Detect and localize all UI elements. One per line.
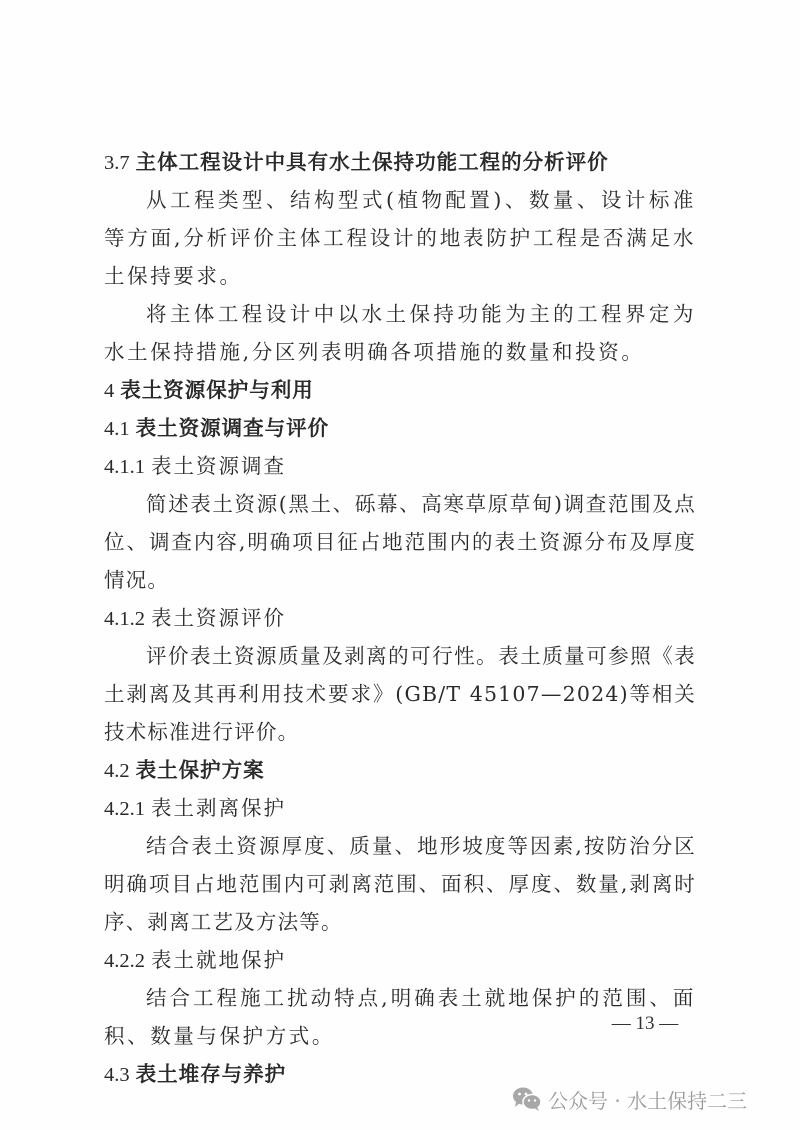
- paragraph-line: 项目占地范围内可剥离范围、面积、厚度、数量,剥离时序、剥离工: [104, 872, 696, 934]
- section-heading-4-1: 4.1表土资源调查与评价: [104, 409, 696, 447]
- section-heading-4: 4表土资源保护与利用: [104, 371, 696, 409]
- section-number: 4.2: [104, 760, 130, 782]
- section-heading-4-2: 4.2表土保护方案: [104, 751, 696, 789]
- section-heading-4-1-1: 4.1.1表土资源调查: [104, 447, 696, 485]
- section-title: 表土资源调查: [151, 454, 286, 478]
- section-title: 表土资源保护与利用: [120, 378, 314, 402]
- section-title: 表土资源调查与评价: [136, 416, 330, 440]
- section-heading-4-1-2: 4.1.2表土资源评价: [104, 599, 696, 637]
- wechat-icon: [512, 1086, 542, 1112]
- section-title: 主体工程设计中具有水土保持功能工程的分析评价: [136, 150, 609, 174]
- paragraph: 简述表土资源(黑土、砾幕、高寒草原草甸)调查范围及点位、调查内容,明确项目征占地…: [104, 485, 696, 599]
- document-page: 3.7主体工程设计中具有水土保持功能工程的分析评价 从工程类型、结构型式(植物配…: [0, 0, 800, 1130]
- paragraph: 将主体工程设计中以水土保持功能为主的工程界定为水土保持措施,分区列表明确各项措施…: [104, 295, 696, 371]
- section-number: 4.2.1: [104, 798, 145, 820]
- section-heading-4-2-1: 4.2.1表土剥离保护: [104, 789, 696, 827]
- section-number: 4.2.2: [104, 950, 145, 972]
- section-title: 表土堆存与养护: [136, 1062, 287, 1086]
- paragraph-line: 量与保护方式。: [173, 1024, 335, 1048]
- paragraph: 结合表土资源厚度、质量、地形坡度等因素,按防治分区明确项目占地范围内可剥离范围、…: [104, 827, 696, 941]
- paragraph-line: 持措施,分区列表明确各项措施的数量和投资。: [173, 340, 644, 364]
- section-number: 4: [104, 380, 114, 402]
- watermark-text: 公众号 · 水土保持二三: [548, 1085, 747, 1114]
- document-body: 3.7主体工程设计中具有水土保持功能工程的分析评价 从工程类型、结构型式(植物配…: [104, 143, 696, 1093]
- section-title: 表土就地保护: [151, 948, 286, 972]
- section-number: 4.1.2: [104, 608, 145, 630]
- section-number: 4.3: [104, 1064, 130, 1086]
- section-number: 4.1.1: [104, 456, 145, 478]
- paragraph-line: 行评价。: [213, 720, 300, 744]
- section-number: 4.1: [104, 418, 130, 440]
- section-number: 3.7: [104, 152, 130, 174]
- paragraph: 评价表土资源质量及剥离的可行性。表土质量可参照《表土剥离及其再利用技术要求》(G…: [104, 637, 696, 751]
- section-title: 表土资源评价: [151, 606, 286, 630]
- paragraph: 从工程类型、结构型式(植物配置)、数量、设计标准等方面,分析评价主体工程设计的地…: [104, 181, 696, 295]
- paragraph-line: 艺及方法等。: [213, 910, 343, 934]
- paragraph-line: 离及其再利用技术要求》(GB/T 45107—2024)等相关技术标准进: [104, 682, 696, 744]
- section-title: 表土剥离保护: [151, 796, 286, 820]
- section-heading-4-2-2: 4.2.2表土就地保护: [104, 941, 696, 979]
- paragraph-line: 调查内容,明确项目征占地范围内的表土资源分布及厚度情况。: [104, 530, 696, 592]
- section-title: 表土保护方案: [136, 758, 265, 782]
- section-heading-3-7: 3.7主体工程设计中具有水土保持功能工程的分析评价: [104, 143, 696, 181]
- page-number: — 13 —: [600, 1013, 690, 1035]
- watermark: 公众号 · 水土保持二三: [512, 1083, 747, 1115]
